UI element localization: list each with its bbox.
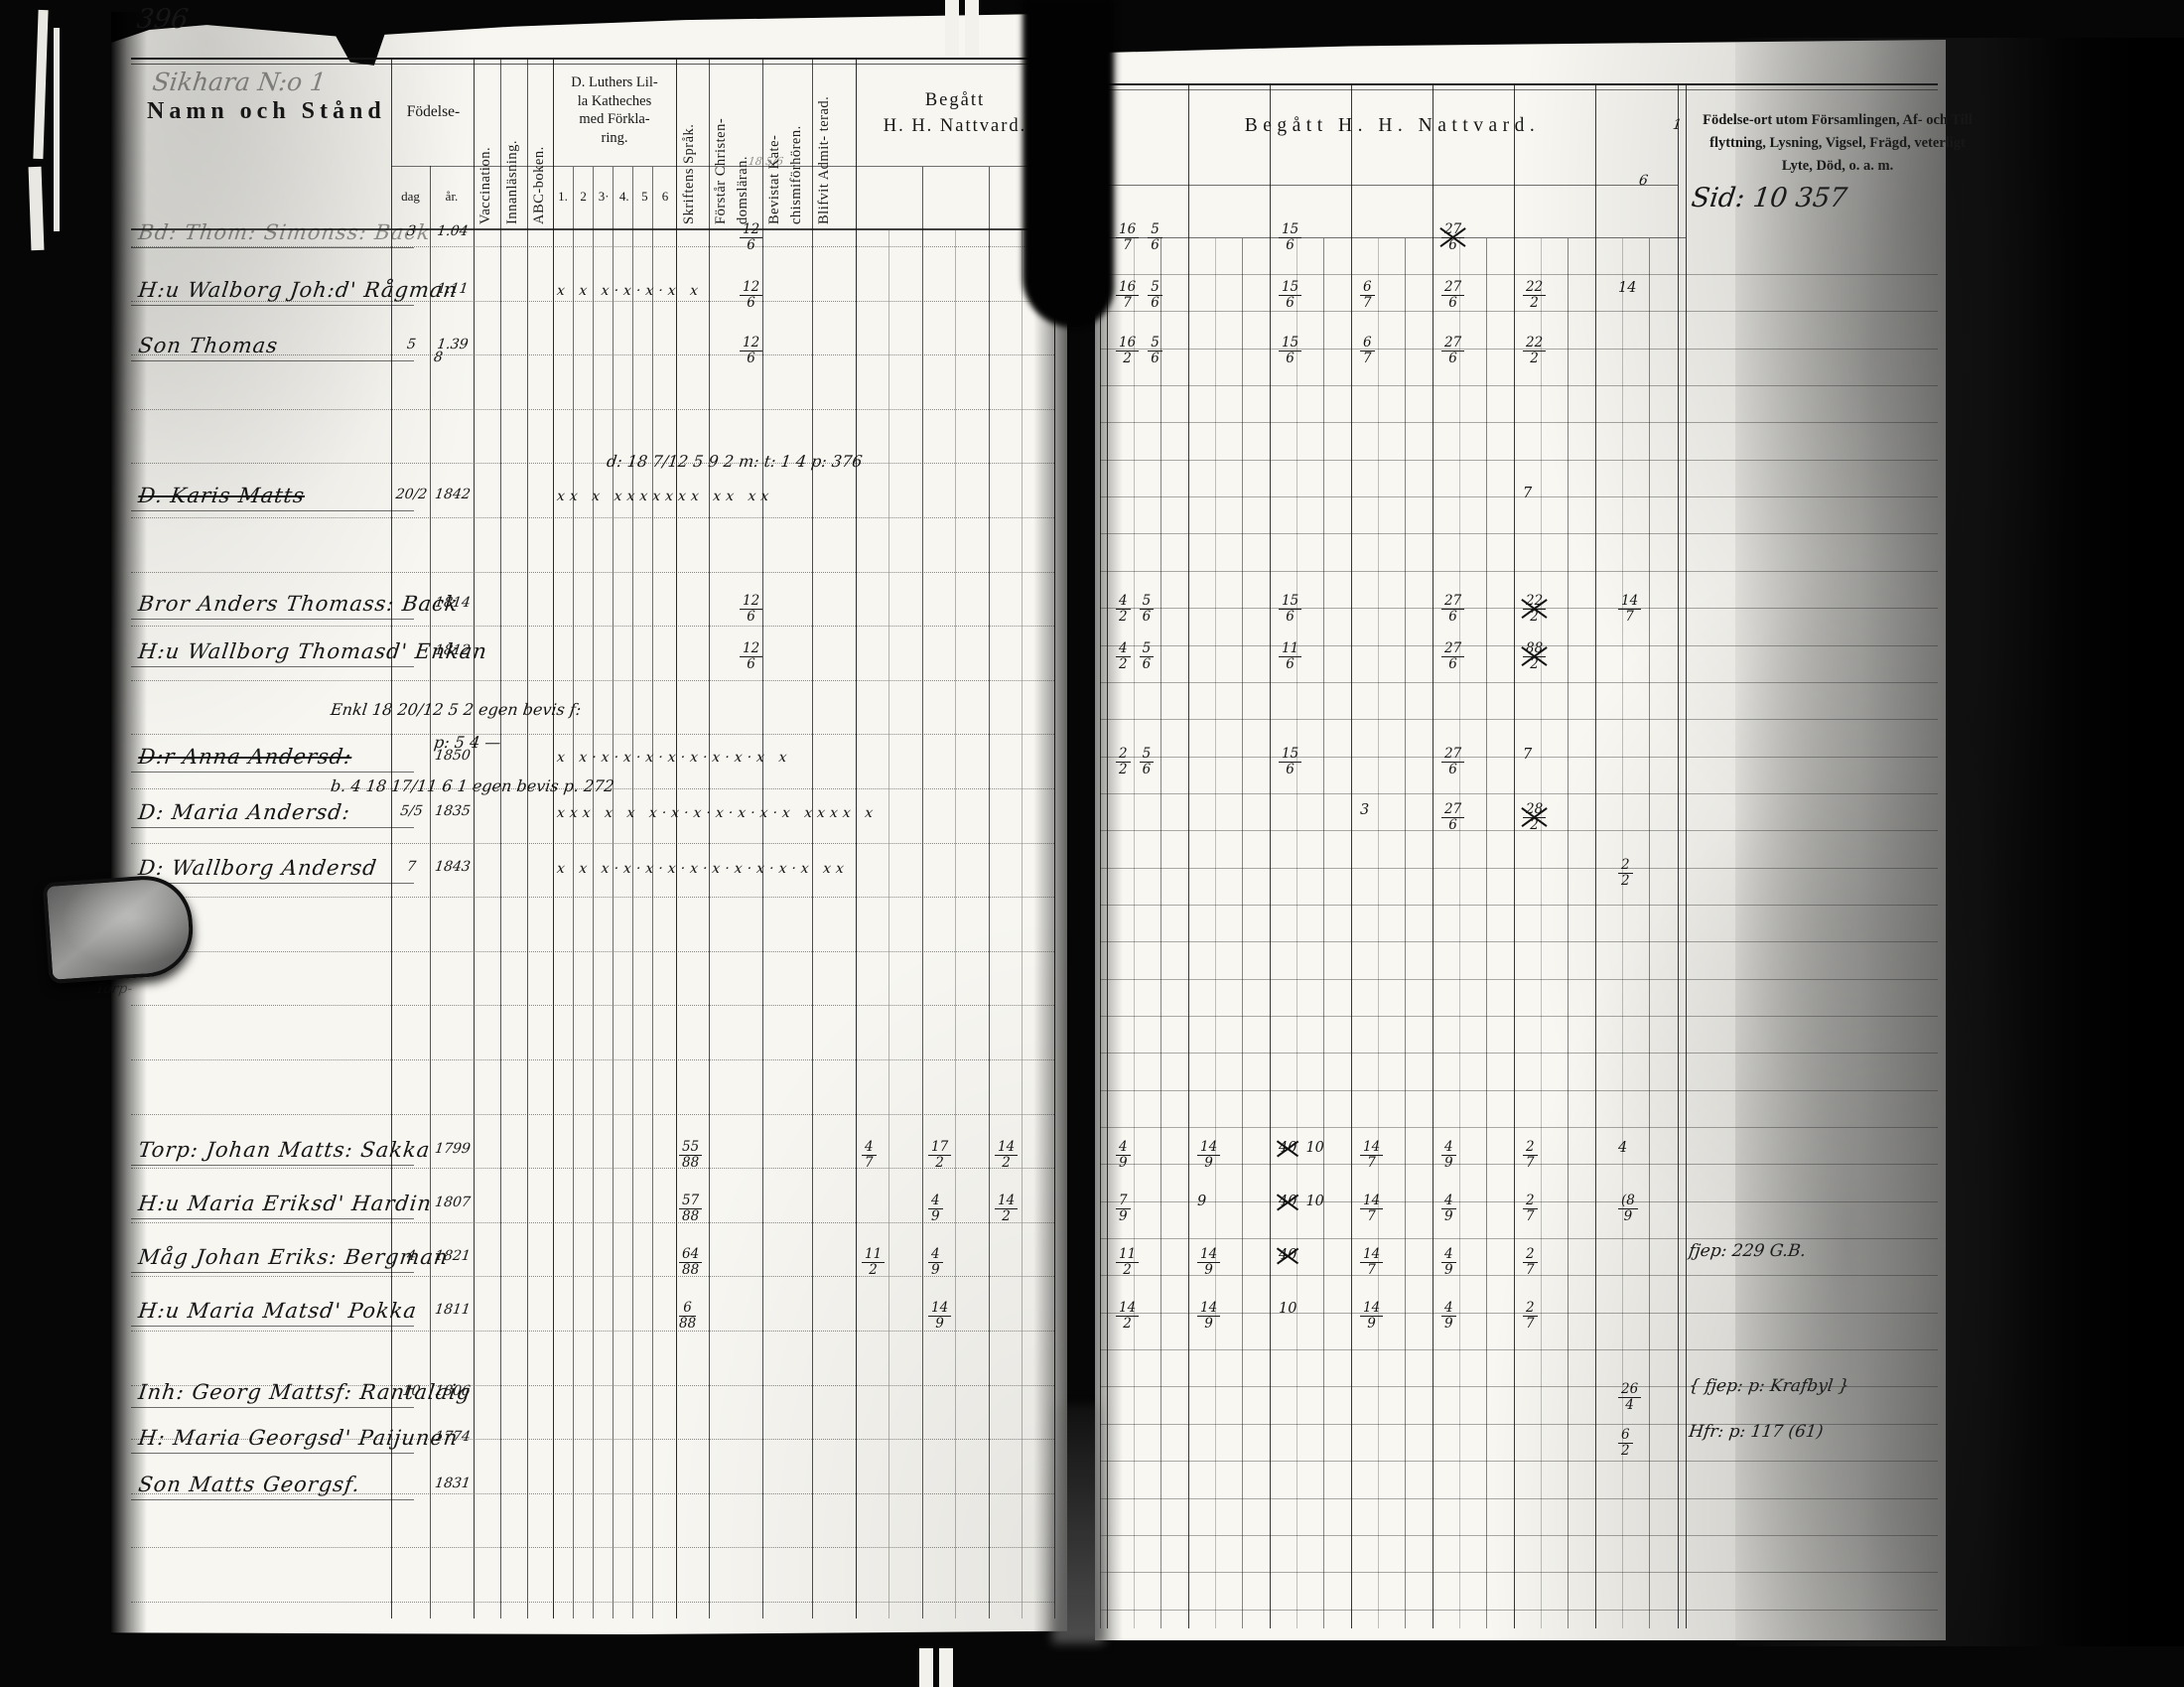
table-rule-horizontal: [1100, 1127, 1938, 1128]
table-rule-vertical: [1351, 85, 1352, 1628]
table-rule-horizontal: [1100, 1090, 1938, 1091]
communion-mark: 10: [1305, 1194, 1323, 1209]
communion-mark: 147: [1360, 1194, 1383, 1223]
communion-mark: 56: [1140, 594, 1155, 624]
catechism-grade-label: 6: [655, 189, 675, 205]
table-rule-vertical: [613, 167, 614, 1618]
communion-marks-cell: 27: [1523, 1194, 1538, 1223]
communion-mark: 3: [1360, 802, 1369, 818]
communion-mark: 5588: [679, 1140, 702, 1170]
table-rule-horizontal: [1100, 830, 1938, 831]
mark-denominator: 9: [1116, 1156, 1131, 1171]
communion-marks-cell: 156: [1279, 747, 1301, 776]
communion-marks-cell: 4: [1618, 1140, 1627, 1156]
communion-marks-cell: 142: [1116, 1301, 1139, 1331]
mark-denominator: 9: [928, 1317, 951, 1332]
entry-birth-year: 1843: [430, 859, 476, 875]
communion-marks-cell: 126: [740, 222, 762, 252]
entry-name: Bror Anders Thomass: Back: [137, 592, 460, 616]
abc-book-column-header: ABC-boken.: [529, 66, 553, 224]
entry-underline: [131, 247, 414, 248]
communion-mark: 126: [740, 336, 762, 365]
entry-birth-year: 1806: [430, 1383, 476, 1399]
mark-numerator: 5: [1140, 594, 1155, 610]
mark-denominator: 6: [1140, 763, 1155, 777]
communion-mark: 10: [1305, 1140, 1323, 1156]
communion-marks-cell: 49: [1441, 1140, 1456, 1170]
mark-numerator: 15: [1279, 336, 1301, 351]
table-rule-horizontal: [1100, 533, 1938, 534]
table-rule-vertical: [1215, 238, 1216, 1628]
mark-numerator: 28: [1523, 802, 1546, 818]
table-rule-horizontal: [131, 1547, 1054, 1549]
entry-name: H:u Walborg Joh:d' Rågman: [137, 278, 460, 302]
mark-numerator: 16: [1116, 336, 1139, 351]
entry-name: D:r Anna Andersd:: [137, 745, 353, 769]
table-rule-horizontal: [1100, 274, 1938, 275]
table-rule-vertical: [1297, 238, 1297, 1628]
communion-marks-cell: 222: [1523, 594, 1546, 624]
communion-marks-cell: 149: [1197, 1140, 1220, 1170]
mark-numerator: 11: [862, 1247, 885, 1263]
table-rule-horizontal: [1100, 460, 1938, 461]
handwritten-annotation: d: 18 7/12 5 9 2 m: t: 1 4 p: 376: [606, 452, 864, 471]
mark-numerator: 4: [928, 1247, 943, 1263]
communion-mark: 56: [1148, 222, 1162, 252]
entry-birth-day: 10: [391, 1383, 432, 1399]
mark-denominator: 7: [1116, 238, 1139, 253]
top-clasp-strap-right: [965, 0, 979, 56]
communion-marks-cell: 126: [740, 280, 762, 310]
mark-denominator: 2: [995, 1156, 1018, 1171]
communion-mark: 22: [1618, 858, 1633, 888]
communion-mark: 276: [1441, 747, 1464, 776]
mark-numerator: 64: [679, 1247, 702, 1263]
mark-numerator: 4: [1441, 1140, 1456, 1156]
communion-mark: 40: [1279, 1247, 1297, 1263]
table-rule-horizontal: [1100, 1313, 1938, 1314]
entry-underline: [131, 772, 414, 773]
communion-mark: 49: [1441, 1301, 1456, 1331]
table-rule-vertical: [1568, 238, 1569, 1628]
understands-doctrine-column-header: Förstår Christen- domsläran.: [711, 66, 762, 224]
entry-catechism-marks: xx x xxxxxxx xx xx: [556, 489, 774, 504]
communion-mark: 56: [1140, 641, 1155, 671]
communion-mark: 49: [928, 1247, 943, 1277]
catechism-grade-label: 4.: [614, 189, 634, 205]
communion-marks-cell: 67: [1360, 280, 1375, 310]
mark-denominator: 6: [1279, 610, 1301, 625]
communion-marks-cell: 126: [740, 336, 762, 365]
entry-name: H:u Maria Eriksd' Hardin: [137, 1192, 434, 1215]
mark-numerator: 27: [1441, 594, 1464, 610]
communion-mark: (89: [1618, 1194, 1638, 1223]
mark-numerator: 27: [1441, 641, 1464, 657]
entry-birth-year: 1811: [430, 1302, 476, 1318]
communion-marks-cell: 126: [740, 594, 762, 624]
mark-numerator: 2: [1618, 858, 1633, 874]
handwritten-annotation: 6: [1638, 173, 1649, 189]
communion-marks-cell: 222: [1523, 280, 1546, 310]
table-rule-vertical: [1107, 85, 1108, 1628]
entry-catechism-marks: xxx x x x·x·x·x·x·x·x xxxx x: [556, 805, 879, 821]
table-rule-horizontal: [1100, 719, 1938, 720]
catechism-grade-label: 5: [634, 189, 654, 205]
mark-numerator: 14: [1618, 594, 1641, 610]
table-rule-horizontal: [1100, 1535, 1938, 1536]
mark-numerator: 7: [1116, 1194, 1131, 1209]
communion-mark: 4: [1618, 1140, 1627, 1156]
communion-marks-cell: 149: [1197, 1247, 1220, 1277]
communion-marks-cell: 49: [1441, 1247, 1456, 1277]
communion-marks-cell: 4010: [1279, 1194, 1324, 1209]
communion-marks-cell: 156: [1279, 336, 1301, 365]
communion-marks-cell: 49: [928, 1194, 943, 1223]
communion-marks-cell: 16756: [1116, 222, 1162, 252]
mark-numerator: 14: [1360, 1247, 1383, 1263]
entry-underline: [131, 666, 414, 667]
communion-mark: 126: [740, 280, 762, 310]
mark-denominator: 7: [862, 1156, 877, 1171]
handwritten-annotation: 396: [135, 4, 190, 35]
mark-denominator: 6: [1441, 296, 1464, 311]
communion-marks-cell: 688: [679, 1301, 696, 1331]
table-rule-vertical: [1134, 238, 1135, 1628]
entry-name: Son Matts Georgsf.: [137, 1473, 361, 1496]
communion-marks-cell: 276: [1441, 747, 1464, 776]
communion-marks-cell: 49: [1116, 1140, 1131, 1170]
mark-numerator: 4: [1116, 1140, 1131, 1156]
communion-marks-cell: 276: [1441, 641, 1464, 671]
mark-numerator: 12: [740, 641, 762, 657]
table-rule-horizontal: [1100, 979, 1938, 980]
mark-denominator: 4: [1618, 1398, 1641, 1413]
communion-mark: 6488: [679, 1247, 702, 1277]
communion-mark: 49: [928, 1194, 943, 1223]
mark-denominator: 6: [1279, 296, 1301, 311]
entry-birth-year: 1831: [430, 1476, 476, 1491]
communion-marks-cell: 142: [995, 1194, 1018, 1223]
mark-denominator: 9: [1197, 1156, 1220, 1171]
entry-birth-year: 1.04: [430, 223, 476, 239]
entry-name: H:u Maria Matsd' Pokka: [137, 1299, 419, 1323]
entry-name: H: Maria Georgsd' Paijunen: [137, 1426, 460, 1450]
mark-numerator: 5: [1148, 336, 1162, 351]
communion-mark: 222: [1523, 594, 1546, 624]
mark-numerator: 6: [1618, 1428, 1633, 1444]
table-rule-horizontal: [131, 517, 1054, 519]
entry-name: D: Maria Andersd:: [137, 800, 351, 824]
mark-numerator: 22: [1523, 280, 1546, 296]
entry-birth-year: 1835: [430, 803, 476, 819]
table-rule-horizontal: [1100, 1461, 1938, 1462]
mark-denominator: 6: [740, 238, 762, 253]
table-rule-horizontal: [131, 64, 1054, 65]
notes-column-header: Födelse-ort utom Församlingen, Af- och T…: [1688, 109, 1987, 178]
mark-denominator: 7: [1360, 351, 1375, 366]
mark-numerator: 14: [1197, 1301, 1220, 1317]
entry-name: Torp: Johan Matts: Sakka: [137, 1138, 432, 1162]
mark-numerator: 14: [1197, 1247, 1220, 1263]
entry-birth-day: 20/2: [391, 487, 432, 502]
communion-marks-cell: 156: [1279, 222, 1301, 252]
mark-numerator: 12: [740, 336, 762, 351]
table-rule-horizontal: [1100, 905, 1938, 906]
mark-denominator: 2: [1116, 610, 1131, 625]
mark-numerator: 6: [1360, 280, 1375, 296]
scan-streak: [54, 28, 60, 231]
handwritten-annotation: Torp-: [94, 981, 133, 997]
entry-birth-day: 3: [391, 223, 432, 239]
mark-numerator: 22: [1523, 336, 1546, 351]
scan-streak: [33, 10, 48, 159]
entry-underline: [131, 1407, 414, 1408]
entry-name: D. Karis Matts: [137, 484, 306, 507]
entry-birth-day: 7: [391, 859, 432, 875]
table-rule-horizontal: [131, 680, 1054, 682]
entry-margin-note: fjep: 229 G.B.: [1688, 1241, 1807, 1261]
table-rule-horizontal: [1100, 1201, 1938, 1202]
communion-marks-cell: 116: [1279, 641, 1301, 671]
table-rule-vertical: [1405, 238, 1406, 1628]
communion-mark: 142: [995, 1140, 1018, 1170]
communion-marks-cell: 142: [995, 1140, 1018, 1170]
communion-mark: 222: [1523, 336, 1546, 365]
mark-numerator: 14: [1360, 1301, 1383, 1317]
mark-numerator: 12: [740, 222, 762, 238]
table-rule-horizontal: [1107, 185, 1678, 186]
communion-marks-cell: 10: [1279, 1301, 1297, 1317]
mark-numerator: 4: [862, 1140, 877, 1156]
table-rule-horizontal: [131, 1114, 1054, 1116]
table-rule-vertical: [989, 167, 990, 1618]
mark-numerator: 27: [1441, 747, 1464, 763]
communion-marks-cell: 276: [1441, 222, 1464, 252]
mark-numerator: 14: [928, 1301, 951, 1317]
communion-mark: 49: [1116, 1140, 1131, 1170]
mark-numerator: 27: [1441, 280, 1464, 296]
mark-denominator: 2: [1523, 610, 1546, 625]
entry-underline: [131, 1499, 414, 1500]
mark-numerator: 4: [928, 1194, 943, 1209]
mark-numerator: 2: [1523, 1301, 1538, 1317]
mark-denominator: 88: [679, 1263, 702, 1278]
communion-marks-cell: 156: [1279, 594, 1301, 624]
mark-denominator: 6: [1279, 763, 1301, 777]
mark-denominator: 6: [1140, 657, 1155, 672]
communion-marks-cell: 49: [1441, 1194, 1456, 1223]
mark-numerator: 5: [1148, 280, 1162, 296]
mark-denominator: 6: [1441, 238, 1464, 253]
mark-denominator: 2: [1523, 351, 1546, 366]
table-rule-vertical: [1541, 238, 1542, 1628]
table-rule-vertical: [573, 167, 574, 1618]
communion-marks-cell: 47: [862, 1140, 877, 1170]
table-rule-horizontal: [1100, 571, 1938, 572]
mark-numerator: 15: [1279, 280, 1301, 296]
mark-denominator: 9: [1360, 1317, 1383, 1332]
communion-mark: 49: [1441, 1194, 1456, 1223]
communion-marks-cell: 40: [1279, 1247, 1297, 1263]
communion-mark: 276: [1441, 280, 1464, 310]
communion-mark: 7: [1523, 486, 1532, 501]
mark-numerator: 55: [679, 1140, 702, 1156]
communion-mark: 56: [1140, 747, 1155, 776]
mark-denominator: 9: [1197, 1263, 1220, 1278]
mark-numerator: 6: [1360, 336, 1375, 351]
communion-mark: 112: [1116, 1247, 1139, 1277]
table-rule-horizontal: [1100, 385, 1938, 386]
communion-header-left: Begått H. H. Nattvard.: [856, 87, 1054, 139]
mark-numerator: 14: [1116, 1301, 1139, 1317]
table-rule-horizontal: [1100, 645, 1938, 646]
communion-mark: 149: [928, 1301, 951, 1331]
entry-birth-day: 5: [391, 337, 432, 352]
table-rule-vertical: [1160, 238, 1161, 1628]
entry-birth-year: 1799: [430, 1141, 476, 1157]
table-rule-vertical: [1459, 238, 1460, 1628]
entry-catechism-marks: x x·x·x·x·x·x·x·x·x x: [556, 750, 792, 766]
entry-underline: [131, 510, 414, 511]
entry-name: D: Wallborg Andersd: [137, 856, 378, 880]
birth-day-subheader: dag: [391, 189, 430, 205]
mark-denominator: 88: [679, 1317, 696, 1332]
table-rule-horizontal: [131, 58, 1054, 60]
table-rule-horizontal: [1100, 422, 1938, 423]
table-rule-vertical: [1486, 238, 1487, 1628]
communion-marks-cell: 6488: [679, 1247, 702, 1277]
entry-margin-note: Hfr: p: 117 (61): [1688, 1422, 1825, 1442]
communion-marks-cell: 222: [1523, 336, 1546, 365]
communion-mark: 67: [1360, 336, 1375, 365]
mark-denominator: 2: [928, 1156, 951, 1171]
table-rule-vertical: [1649, 238, 1650, 1628]
communion-marks-cell: 62: [1618, 1428, 1633, 1458]
table-rule-horizontal: [1100, 793, 1938, 794]
mark-denominator: 2: [1523, 296, 1546, 311]
mark-denominator: 6: [1441, 610, 1464, 625]
communion-marks-cell: 49: [928, 1247, 943, 1277]
mark-numerator: 15: [1279, 222, 1301, 238]
handwritten-annotation: p: 5 4 —: [433, 733, 502, 752]
table-rule-horizontal: [131, 1276, 1054, 1278]
mark-numerator: 2: [1523, 1194, 1538, 1209]
mark-numerator: 6: [679, 1301, 696, 1317]
birth-column-header: Födelse-: [393, 103, 474, 121]
communion-marks-cell: 882: [1523, 641, 1546, 671]
mark-numerator: 12: [740, 594, 762, 610]
communion-marks-cell: 22: [1618, 858, 1633, 888]
communion-marks-cell: 276: [1441, 594, 1464, 624]
communion-mark: 27: [1523, 1301, 1538, 1331]
mark-denominator: 88: [679, 1156, 702, 1171]
mark-denominator: 6: [740, 610, 762, 625]
communion-marks-cell: 147: [1360, 1247, 1383, 1277]
mark-numerator: 4: [1441, 1194, 1456, 1209]
table-rule-vertical: [922, 167, 923, 1618]
table-rule-vertical: [1678, 85, 1679, 1628]
scripture-column-header: Skriftens Språk.: [679, 66, 709, 224]
entry-underline: [131, 1165, 414, 1166]
table-rule-horizontal: [1100, 89, 1938, 90]
communion-marks-cell: 67: [1360, 336, 1375, 365]
mark-numerator: 2: [1523, 1140, 1538, 1156]
communion-mark: 22: [1116, 747, 1131, 776]
table-rule-horizontal: [131, 1222, 1054, 1224]
scan-streak: [29, 167, 45, 250]
communion-marks-cell: 172: [928, 1140, 951, 1170]
district-title-handwritten: Sikhara N:o 1: [151, 68, 328, 96]
communion-mark: 156: [1279, 222, 1301, 252]
reading-column-header: Innanläsning.: [502, 66, 528, 224]
table-rule-horizontal: [1100, 1572, 1938, 1573]
mark-denominator: 6: [1279, 657, 1301, 672]
communion-marks-cell: 27: [1523, 1140, 1538, 1170]
entry-underline: [131, 305, 414, 306]
communion-marks-cell: 149: [1360, 1301, 1383, 1331]
communion-marks-cell: 276: [1441, 280, 1464, 310]
mark-denominator: 6: [1140, 610, 1155, 625]
table-rule-horizontal: [1100, 311, 1938, 312]
table-rule-horizontal: [1100, 1016, 1938, 1017]
table-rule-vertical: [955, 230, 956, 1618]
communion-mark: 67: [1360, 280, 1375, 310]
handwritten-annotation: Enkl 18 20/12 5 2 egen bevis f:: [330, 700, 582, 719]
table-rule-horizontal: [1107, 237, 1686, 238]
entry-underline: [131, 1453, 414, 1454]
table-rule-vertical: [1054, 60, 1055, 1618]
mark-numerator: 27: [1441, 222, 1464, 238]
table-rule-vertical: [1686, 85, 1687, 1628]
communion-mark: 156: [1279, 280, 1301, 310]
table-rule-horizontal: [131, 572, 1054, 574]
table-rule-horizontal: [1100, 1498, 1938, 1499]
communion-mark: 49: [1441, 1247, 1456, 1277]
communion-mark: 167: [1116, 222, 1139, 252]
communion-mark: 10: [1279, 1301, 1297, 1317]
table-rule-horizontal: [1100, 496, 1938, 497]
communion-marks-cell: 147: [1618, 594, 1641, 624]
mark-numerator: 16: [1116, 280, 1139, 296]
mark-numerator: 5: [1140, 641, 1155, 657]
communion-mark: 14: [1618, 280, 1636, 296]
mark-denominator: 7: [1523, 1317, 1538, 1332]
mark-denominator: 7: [1360, 1156, 1383, 1171]
entry-name: Son Thomas: [137, 334, 280, 357]
entry-birth-year: 1814: [430, 595, 476, 611]
communion-mark: 147: [1360, 1247, 1383, 1277]
communion-mark: 126: [740, 222, 762, 252]
mark-denominator: 7: [1360, 1209, 1383, 1224]
mark-numerator: 14: [1197, 1140, 1220, 1156]
mark-denominator: 9: [928, 1209, 943, 1224]
entry-margin-note: { fjep: p: Krafbyl }: [1688, 1376, 1850, 1396]
table-rule-horizontal: [131, 1602, 1054, 1604]
communion-mark: 264: [1618, 1382, 1641, 1412]
communion-marks-cell: 282: [1523, 802, 1546, 832]
catechism-column-header: D. Luthers Lil- la Katheches med Förkla-…: [553, 73, 676, 147]
communion-mark: 9: [1197, 1194, 1206, 1209]
table-rule-horizontal: [1100, 608, 1938, 609]
entry-underline: [131, 619, 414, 620]
communion-marks-cell: (89: [1618, 1194, 1638, 1223]
communion-mark: 56: [1148, 336, 1162, 365]
mark-denominator: 6: [1148, 351, 1162, 366]
table-rule-vertical: [1622, 238, 1623, 1628]
communion-marks-cell: 112: [1116, 1247, 1139, 1277]
mark-denominator: 6: [1148, 238, 1162, 253]
mark-denominator: 6: [740, 351, 762, 366]
